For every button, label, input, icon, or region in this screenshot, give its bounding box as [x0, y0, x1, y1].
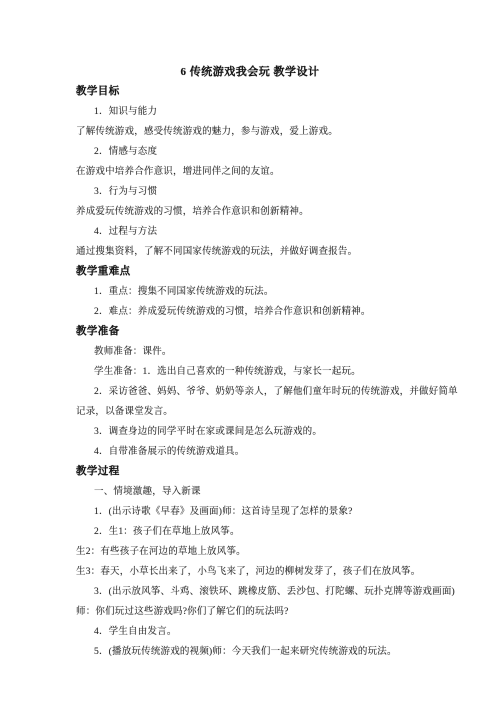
doc-line: 1．重点：搜集不同国家传统游戏的玩法。: [76, 282, 444, 302]
doc-line: 一、情境激趣，导入新课: [76, 482, 444, 502]
doc-line: 2．难点：养成爱玩传统游戏的习惯，培养合作意识和创新精神。: [76, 302, 444, 322]
doc-line: 4．学生自由发言。: [76, 622, 444, 642]
doc-line: 3．行为与习惯: [76, 182, 444, 202]
doc-line: 养成爱玩传统游戏的习惯，培养合作意识和创新精神。: [76, 202, 444, 222]
section-heading-teaching-objectives: 教学目标: [76, 82, 444, 102]
doc-line: 3．(出示放风筝、斗鸡、滚铁环、跳橡皮筋、丢沙包、打陀螺、玩扑克牌等游戏画面): [76, 582, 444, 602]
section-heading-teaching-process: 教学过程: [76, 462, 444, 482]
doc-title: 6 传统游戏我会玩 教学设计: [0, 62, 500, 82]
doc-line: 师：你们玩过这些游戏吗?你们了解它们的玩法吗?: [76, 602, 444, 622]
doc-line: 2．采访爸爸、妈妈、爷爷、奶奶等亲人，了解他们童年时玩的传统游戏，并做好简单: [76, 382, 444, 402]
doc-line: 4．过程与方法: [76, 222, 444, 242]
doc-line: 3．调查身边的同学平时在家或课间是怎么玩游戏的。: [76, 422, 444, 442]
doc-line: 记录，以备课堂发言。: [76, 402, 444, 422]
doc-line: 2．情感与态度: [76, 142, 444, 162]
document-page: 6 传统游戏我会玩 教学设计 教学目标 1．知识与能力 了解传统游戏，感受传统游…: [0, 0, 500, 707]
doc-line: 4．自带准备展示的传统游戏道具。: [76, 442, 444, 462]
section-heading-teaching-preparation: 教学准备: [76, 322, 444, 342]
doc-line: 教师准备：课件。: [76, 342, 444, 362]
doc-line: 1．知识与能力: [76, 102, 444, 122]
doc-line: 了解传统游戏，感受传统游戏的魅力，参与游戏，爱上游戏。: [76, 122, 444, 142]
doc-line: 1．(出示诗歌《早春》及画面)师：这首诗呈现了怎样的景象?: [76, 502, 444, 522]
doc-line: 在游戏中培养合作意识，增进同伴之间的友谊。: [76, 162, 444, 182]
doc-line: 通过搜集资料，了解不同国家传统游戏的玩法，并做好调查报告。: [76, 242, 444, 262]
section-heading-key-difficult-points: 教学重难点: [76, 262, 444, 282]
doc-line: 学生准备：1．选出自己喜欢的一种传统游戏，与家长一起玩。: [76, 362, 444, 382]
doc-line: 生2：有些孩子在河边的草地上放风筝。: [76, 542, 444, 562]
doc-line: 5．(播放玩传统游戏的视频)师：今天我们一起来研究传统游戏的玩法。: [76, 642, 444, 662]
doc-line: 2．生1：孩子们在草地上放风筝。: [76, 522, 444, 542]
doc-line: 生3：春天，小草长出来了，小鸟飞来了，河边的柳树发芽了，孩子们在放风筝。: [76, 562, 444, 582]
